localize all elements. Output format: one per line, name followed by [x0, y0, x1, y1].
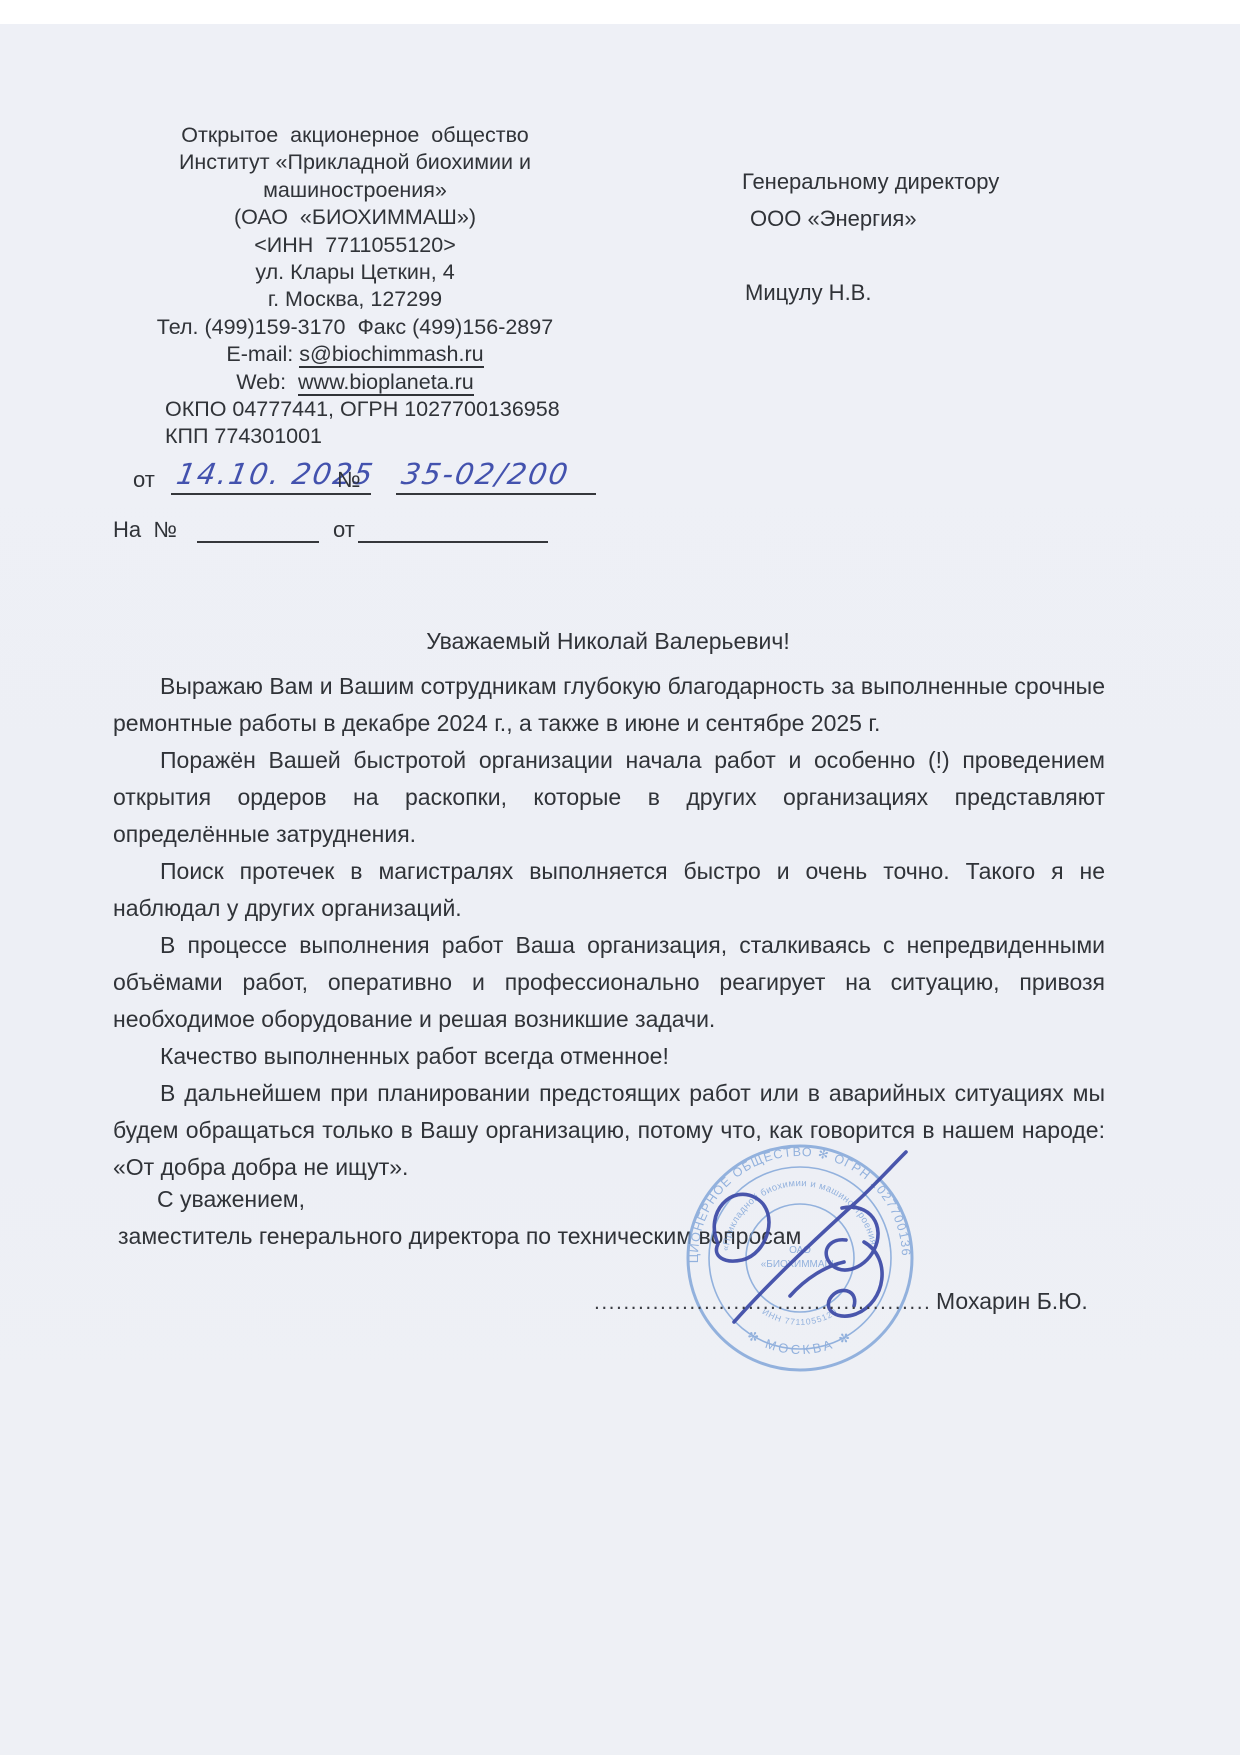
signature-scribble-icon	[694, 1146, 944, 1356]
scanned-letter-page: Открытое акционерное общество Институт «…	[0, 0, 1240, 1755]
paragraph-organization: Поражён Вашей быстротой организации нача…	[113, 742, 1105, 853]
sender-kpp: КПП 774301001	[165, 423, 587, 450]
reply-ot-label: от	[333, 517, 355, 543]
sender-registry-lines: ОКПО 04777441, ОГРН 1027700136958 КПП 77…	[123, 396, 587, 451]
reply-na-label: На №	[113, 517, 177, 543]
email-label: E-mail:	[226, 342, 299, 366]
number-label: №	[337, 467, 361, 493]
sender-org-name-1: Институт «Прикладной биохимии и	[123, 149, 587, 176]
reply-date-underline-blank	[358, 513, 548, 543]
sender-street: ул. Клары Цеткин, 4	[123, 259, 587, 286]
reply-number-underline-blank	[197, 513, 319, 543]
letter-body: Выражаю Вам и Вашим сотрудникам глубокую…	[113, 668, 1105, 1186]
recipient-name: Мицулу Н.В.	[742, 279, 1162, 306]
sender-web-line: Web: www.bioplaneta.ru	[123, 369, 587, 396]
handwritten-number: 35-02/200	[399, 457, 572, 491]
signer-name: Мохарин Б.Ю.	[936, 1288, 1088, 1315]
paragraph-process: В процессе выполнения работ Ваша организ…	[113, 927, 1105, 1038]
paragraph-leak-search: Поиск протечек в магистралях выполняется…	[113, 853, 1105, 927]
paragraph-future: В дальнейшем при планировании предстоящи…	[113, 1075, 1105, 1186]
recipient-block: Генеральному директору ООО «Энергия» Миц…	[742, 168, 1162, 306]
sender-org-name-2: машиностроения»	[123, 177, 587, 204]
sender-inn: <ИНН 7711055120>	[123, 232, 587, 259]
sender-short-name: (ОАО «БИОХИММАШ»)	[123, 204, 587, 231]
closing-respectfully: С уважением,	[157, 1186, 305, 1213]
sender-letterhead: Открытое акционерное общество Институт «…	[123, 122, 587, 451]
signature-row: ........................................…	[594, 1288, 1154, 1322]
web-address: www.bioplaneta.ru	[298, 370, 474, 396]
sender-city: г. Москва, 127299	[123, 286, 587, 313]
salutation: Уважаемый Николай Валерьевич!	[113, 628, 1103, 655]
recipient-position: Генеральному директору	[742, 168, 1162, 195]
sender-okpo-ogrn: ОКПО 04777441, ОГРН 1027700136958	[165, 396, 587, 423]
email-address: s@biochimmash.ru	[299, 342, 483, 368]
outgoing-ref-line: от 14.10. 2025 № 35-02/200	[133, 450, 693, 495]
signature-dotted-line: ........................................…	[594, 1291, 928, 1315]
paragraph-gratitude: Выражаю Вам и Вашим сотрудникам глубокую…	[113, 668, 1105, 742]
paragraph-quality: Качество выполненных работ всегда отменн…	[113, 1038, 1105, 1075]
from-label: от	[133, 467, 155, 493]
sender-phone-fax: Тел. (499)159-3170 Факс (499)156-2897	[123, 314, 587, 341]
reply-ref-line: На № от	[113, 505, 673, 545]
sender-org-type: Открытое акционерное общество	[123, 122, 587, 149]
number-underline: 35-02/200	[396, 455, 596, 495]
web-label: Web:	[236, 370, 298, 394]
recipient-company: ООО «Энергия»	[742, 205, 1162, 232]
sender-email-line: E-mail: s@biochimmash.ru	[123, 341, 587, 368]
